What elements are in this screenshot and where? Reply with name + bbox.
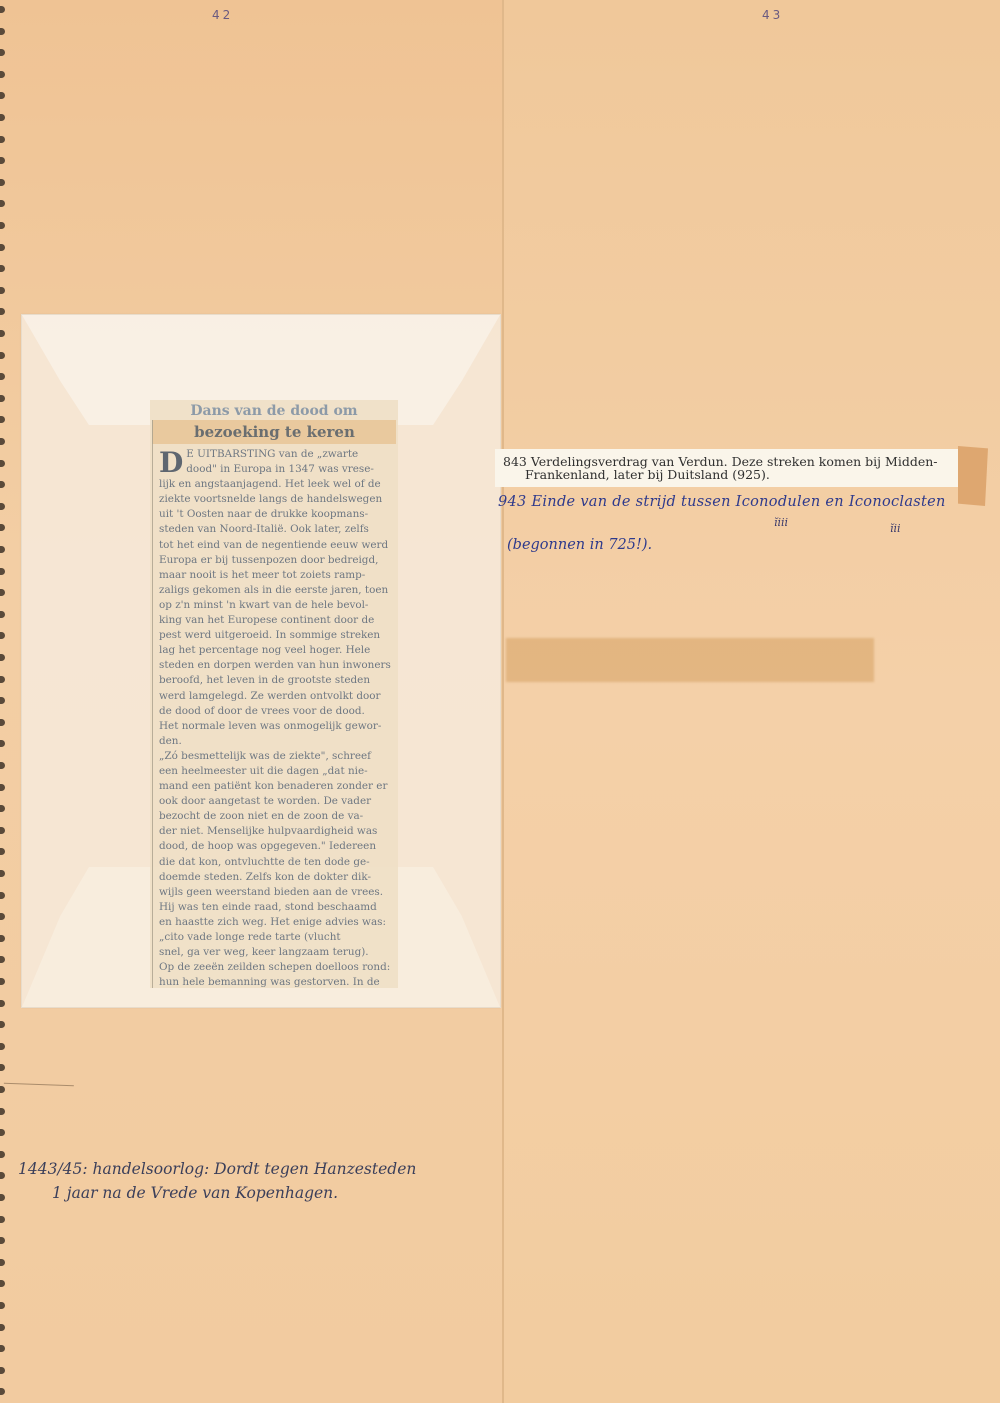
binding-hole: [0, 1043, 5, 1050]
binding-hole: [0, 395, 5, 402]
clipping-headline-top: Dans van de dood om: [150, 400, 398, 420]
binding-hole: [0, 1345, 5, 1352]
clipping-body: D E UITBARSTING van de „zwartedood" in E…: [152, 444, 398, 988]
clipping-line: tot het eind van de negentiende eeuw wer…: [159, 538, 394, 553]
printed-slip: 843 Verdelingsverdrag van Verdun. Deze s…: [495, 449, 958, 487]
binding-hole: [0, 265, 5, 272]
binding-hole: [0, 308, 5, 315]
binding-hole: [0, 676, 5, 683]
binding-hole: [0, 546, 5, 553]
binding-hole: [0, 1367, 5, 1374]
binding-hole: [0, 1216, 5, 1223]
binding-hole: [0, 632, 5, 639]
clipping-line: Europa er bij tussenpozen door bedreigd,: [159, 553, 394, 568]
binding-hole: [0, 740, 5, 747]
clipping-line: mand een patiënt kon benaderen zonder er: [159, 779, 394, 794]
binding-hole: [0, 287, 5, 294]
binding-hole: [0, 762, 5, 769]
binding-hole: [0, 1237, 5, 1244]
newspaper-clipping: Dans van de dood om bezoeking te keren D…: [150, 400, 398, 988]
clipping-line: Het normale leven was onmogelijk gewor-: [159, 719, 394, 734]
binding-hole: [0, 870, 5, 877]
clipping-line: Hij was ten einde raad, stond beschaamd: [159, 900, 394, 915]
binding-hole: [0, 1086, 5, 1093]
clipping-line: wijls geen weerstand bieden aan de vrees…: [159, 885, 394, 900]
binding-hole: [0, 654, 5, 661]
page-gutter: [502, 0, 504, 1403]
binding-hole: [0, 1108, 5, 1115]
clipping-line: hun hele bemanning was gestorven. In de: [159, 975, 394, 988]
binding-hole: [0, 697, 5, 704]
binding-hole: [0, 28, 5, 35]
clipping-line: „Zó besmettelijk was de ziekte", schreef: [159, 749, 394, 764]
binding-hole: [0, 935, 5, 942]
binding-hole: [0, 978, 5, 985]
binding-holes: [0, 0, 6, 1403]
clipping-line: dood" in Europa in 1347 was vrese-: [186, 462, 394, 477]
binding-hole: [0, 1259, 5, 1266]
binding-hole: [0, 503, 5, 510]
handwritten-mark-2: ĭii: [890, 522, 901, 535]
handwritten-entry-1443-line2: 1 jaar na de Vrede van Kopenhagen.: [52, 1184, 338, 1202]
binding-hole: [0, 460, 5, 467]
clipping-line: beroofd, het leven in de grootste steden: [159, 673, 394, 688]
clipping-line: doemde steden. Zelfs kon de dokter dik-: [159, 870, 394, 885]
binding-hole: [0, 848, 5, 855]
binding-hole: [0, 136, 5, 143]
clipping-line: ziekte voortsnelde langs de handelswegen: [159, 492, 394, 507]
clipping-headline-main: bezoeking te keren: [152, 420, 396, 444]
binding-hole: [0, 1280, 5, 1287]
binding-hole: [0, 1064, 5, 1071]
clipping-line: Op de zeeën zeilden schepen doelloos ron…: [159, 960, 394, 975]
slip-line-2: Frankenland, later bij Duitsland (925).: [503, 468, 958, 481]
binding-hole: [0, 157, 5, 164]
binding-hole: [0, 611, 5, 618]
binding-hole: [0, 114, 5, 121]
handwritten-note-begonnen: (begonnen in 725!).: [507, 537, 652, 553]
binding-hole: [0, 416, 5, 423]
clipping-line: en haastte zich weg. Het enige advies wa…: [159, 915, 394, 930]
binding-hole: [0, 179, 5, 186]
binding-hole: [0, 1324, 5, 1331]
binding-hole: [0, 568, 5, 575]
clipping-line: bezocht de zoon niet en de zoon de va-: [159, 809, 394, 824]
binding-hole: [0, 524, 5, 531]
binding-hole: [0, 805, 5, 812]
page-number-right: 43: [762, 8, 783, 22]
binding-hole: [0, 1194, 5, 1201]
album-page-right: [503, 0, 1000, 1403]
binding-hole: [0, 438, 5, 445]
binding-hole: [0, 719, 5, 726]
clipping-line: snel, ga ver weg, keer langzaam terug).: [159, 945, 394, 960]
binding-hole: [0, 49, 5, 56]
binding-hole: [0, 481, 5, 488]
adhesive-tape: [958, 446, 988, 506]
binding-hole: [0, 956, 5, 963]
handwritten-mark-1: ĭiii: [774, 516, 788, 529]
clipping-line: den.: [159, 734, 394, 749]
binding-hole: [0, 373, 5, 380]
tape-stain: [506, 638, 874, 682]
clipping-line: lijk en angstaanjagend. Het leek wel of …: [159, 477, 394, 492]
clipping-line: steden van Noord-Italië. Ook later, zelf…: [159, 522, 394, 537]
clipping-line: ook door aangetast te worden. De vader: [159, 794, 394, 809]
binding-hole: [0, 222, 5, 229]
binding-hole: [0, 1021, 5, 1028]
binding-hole: [0, 1172, 5, 1179]
clipping-line: lag het percentage nog veel hoger. Hele: [159, 643, 394, 658]
binding-hole: [0, 1302, 5, 1309]
binding-hole: [0, 352, 5, 359]
page-number-left: 42: [212, 8, 233, 22]
binding-hole: [0, 1388, 5, 1395]
clipping-line: de dood of door de vrees voor de dood.: [159, 704, 394, 719]
clipping-line: dood, de hoop was opgegeven." Iedereen: [159, 839, 394, 854]
clipping-line: op z'n minst 'n kwart van de hele bevol-: [159, 598, 394, 613]
handwritten-entry-943: 943 Einde van de strijd tussen Iconodule…: [498, 494, 946, 510]
clipping-line: der niet. Menselijke hulpvaardigheid was: [159, 824, 394, 839]
binding-hole: [0, 589, 5, 596]
binding-hole: [0, 1000, 5, 1007]
binding-hole: [0, 913, 5, 920]
clipping-line: „cito vade longe rede tarte (vlucht: [159, 930, 394, 945]
binding-hole: [0, 1129, 5, 1136]
clipping-line: een heelmeester uit die dagen „dat nie-: [159, 764, 394, 779]
clipping-line: pest werd uitgeroeid. In sommige streken: [159, 628, 394, 643]
handwritten-entry-1443: 1443/45: handelsoorlog: Dordt tegen Hanz…: [18, 1160, 416, 1178]
clipping-line: maar nooit is het meer tot zoiets ramp-: [159, 568, 394, 583]
binding-hole: [0, 71, 5, 78]
clipping-line: werd lamgelegd. Ze werden ontvolkt door: [159, 689, 394, 704]
clipping-line: steden en dorpen werden van hun inwoners: [159, 658, 394, 673]
binding-hole: [0, 244, 5, 251]
clipping-line: uit 't Oosten naar de drukke koopmans-: [159, 507, 394, 522]
binding-hole: [0, 784, 5, 791]
binding-hole: [0, 1151, 5, 1158]
binding-hole: [0, 92, 5, 99]
clipping-line: king van het Europese continent door de: [159, 613, 394, 628]
clipping-line: zaligs gekomen als in die eerste jaren, …: [159, 583, 394, 598]
binding-hole: [0, 330, 5, 337]
clipping-dropcap: D: [159, 449, 183, 477]
binding-hole: [0, 6, 5, 13]
binding-hole: [0, 827, 5, 834]
binding-hole: [0, 892, 5, 899]
binding-hole: [0, 200, 5, 207]
clipping-line: E UITBARSTING van de „zwarte: [186, 447, 394, 462]
clipping-line: die dat kon, ontvluchtte de ten dode ge-: [159, 855, 394, 870]
